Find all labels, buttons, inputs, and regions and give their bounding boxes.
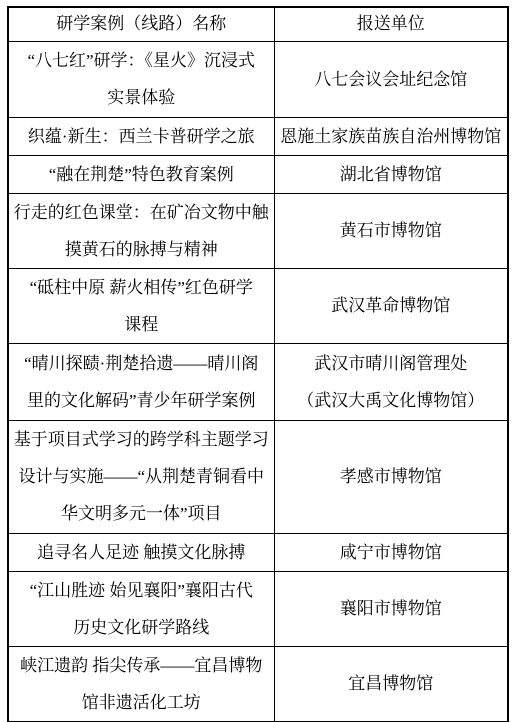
- unit-cell: 黄石市博物馆: [274, 193, 508, 268]
- column-header-unit: 报送单位: [274, 7, 508, 41]
- table-row: 基于项目式学习的跨学科主题学习 设计与实施——“从荆楚青铜看中 华文明多元一体”…: [8, 420, 508, 533]
- table-row: 织蕴·新生：西兰卡普研学之旅 恩施土家族苗族自治州博物馆: [8, 117, 508, 155]
- research-cases-table: 研学案例（线路）名称 报送单位 “八七红”研学：《星火》沉浸式 实景体验 八七会…: [7, 6, 509, 722]
- table-row: 追寻名人足迹 触摸文化脉搏 咸宁市博物馆: [8, 533, 508, 571]
- case-name-cell: 峡江遗韵 指尖传承——宜昌博物 馆非遗活化工坊: [8, 646, 274, 722]
- case-name-cell: 基于项目式学习的跨学科主题学习 设计与实施——“从荆楚青铜看中 华文明多元一体”…: [8, 420, 274, 533]
- case-name-cell: “晴川探赜·荆楚拾遗——晴川阁 里的文化解码”青少年研学案例: [8, 343, 274, 420]
- case-name-cell: 行走的红色课堂：在矿冶文物中触 摸黄石的脉搏与精神: [8, 193, 274, 268]
- case-name-cell: “八七红”研学：《星火》沉浸式 实景体验: [8, 41, 274, 117]
- header-row: 研学案例（线路）名称 报送单位: [8, 7, 508, 41]
- case-name-cell: 织蕴·新生：西兰卡普研学之旅: [8, 117, 274, 155]
- table-row: “砥柱中原 薪火相传”红色研学 课程 武汉革命博物馆: [8, 268, 508, 343]
- case-name-cell: “融在荆楚”特色教育案例: [8, 155, 274, 193]
- unit-cell: 咸宁市博物馆: [274, 533, 508, 571]
- unit-cell: 孝感市博物馆: [274, 420, 508, 533]
- document-page: 研学案例（线路）名称 报送单位 “八七红”研学：《星火》沉浸式 实景体验 八七会…: [0, 0, 515, 722]
- table-row: “江山胜迹 始见襄阳”襄阳古代 历史文化研学路线 襄阳市博物馆: [8, 571, 508, 646]
- unit-cell: 恩施土家族苗族自治州博物馆: [274, 117, 508, 155]
- table-row: “八七红”研学：《星火》沉浸式 实景体验 八七会议会址纪念馆: [8, 41, 508, 117]
- column-header-case-name: 研学案例（线路）名称: [8, 7, 274, 41]
- case-name-cell: “砥柱中原 薪火相传”红色研学 课程: [8, 268, 274, 343]
- case-name-cell: 追寻名人足迹 触摸文化脉搏: [8, 533, 274, 571]
- table-row: “融在荆楚”特色教育案例 湖北省博物馆: [8, 155, 508, 193]
- unit-cell: 武汉市晴川阁管理处 （武汉大禹文化博物馆）: [274, 343, 508, 420]
- case-name-cell: “江山胜迹 始见襄阳”襄阳古代 历史文化研学路线: [8, 571, 274, 646]
- table-row: “晴川探赜·荆楚拾遗——晴川阁 里的文化解码”青少年研学案例 武汉市晴川阁管理处…: [8, 343, 508, 420]
- unit-cell: 八七会议会址纪念馆: [274, 41, 508, 117]
- unit-cell: 武汉革命博物馆: [274, 268, 508, 343]
- unit-cell: 宜昌博物馆: [274, 646, 508, 722]
- table-row: 行走的红色课堂：在矿冶文物中触 摸黄石的脉搏与精神 黄石市博物馆: [8, 193, 508, 268]
- unit-cell: 湖北省博物馆: [274, 155, 508, 193]
- unit-cell: 襄阳市博物馆: [274, 571, 508, 646]
- table-row: 峡江遗韵 指尖传承——宜昌博物 馆非遗活化工坊 宜昌博物馆: [8, 646, 508, 722]
